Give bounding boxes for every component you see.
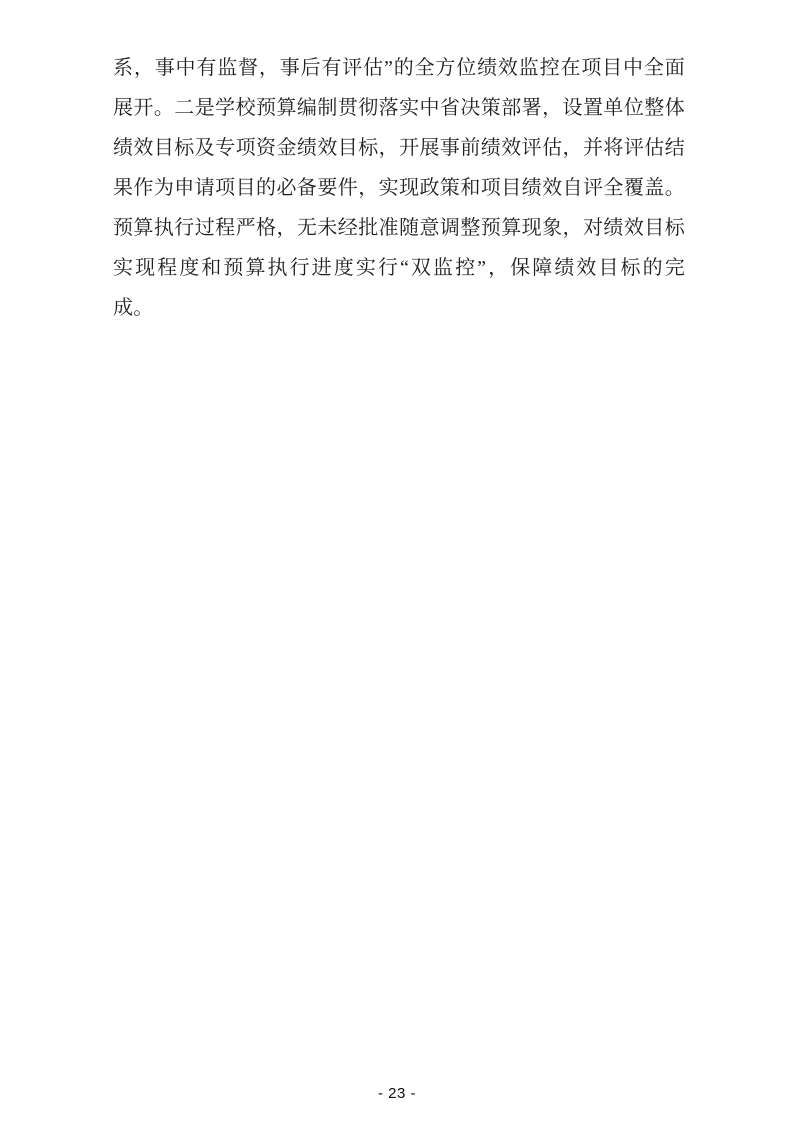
paragraph-line: 展开。二是学校预算编制贯彻落实中省决策部署，设置单位整体 — [113, 88, 685, 128]
body-paragraph: 系，事中有监督，事后有评估”的全方位绩效监控在项目中全面 展开。二是学校预算编制… — [113, 48, 685, 328]
document-page: 系，事中有监督，事后有评估”的全方位绩效监控在项目中全面 展开。二是学校预算编制… — [0, 0, 794, 1123]
paragraph-line: 系，事中有监督，事后有评估”的全方位绩效监控在项目中全面 — [113, 48, 685, 88]
paragraph-line: 果作为申请项目的必备要件，实现政策和项目绩效自评全覆盖。 — [113, 168, 685, 208]
paragraph-line: 绩效目标及专项资金绩效目标，开展事前绩效评估，并将评估结 — [113, 128, 685, 168]
paragraph-line: 实现程度和预算执行进度实行“双监控”，保障绩效目标的完 — [113, 248, 685, 288]
page-number: - 23 - — [378, 1084, 416, 1104]
page-footer: - 23 - — [0, 1084, 794, 1104]
paragraph-line: 成。 — [113, 288, 685, 328]
paragraph-line: 预算执行过程严格，无未经批准随意调整预算现象，对绩效目标 — [113, 208, 685, 248]
